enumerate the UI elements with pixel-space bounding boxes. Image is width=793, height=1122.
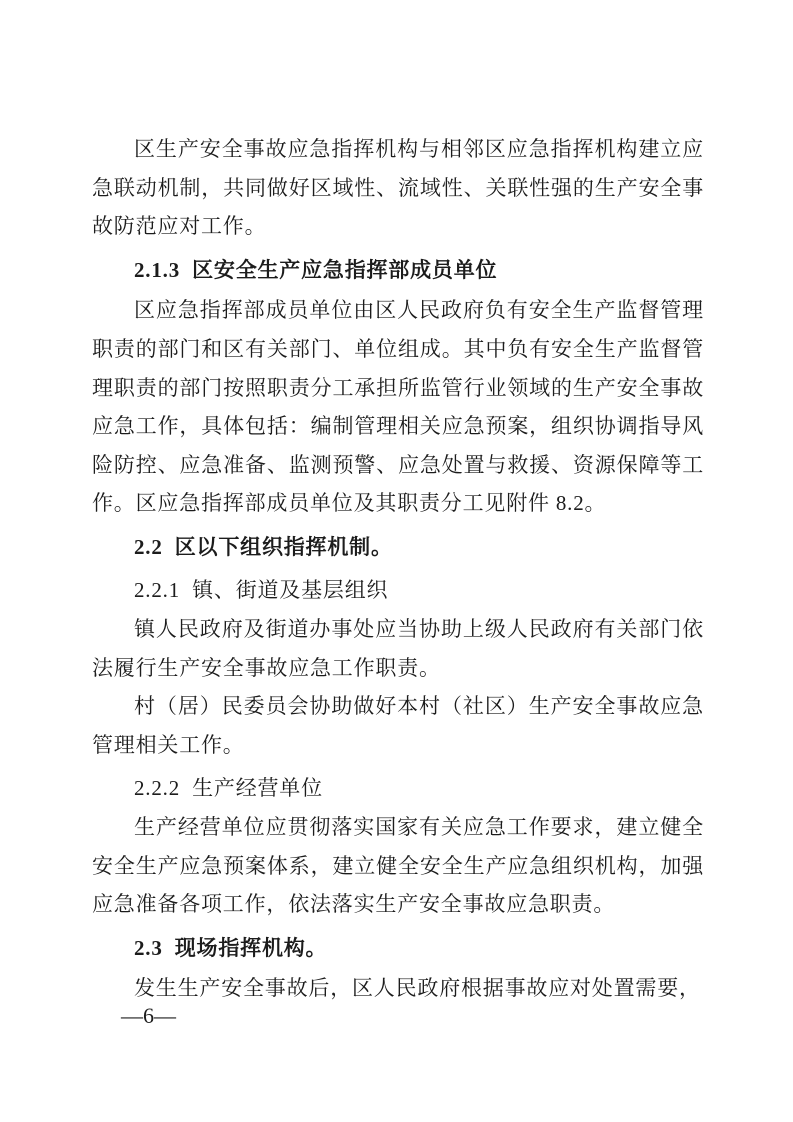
section-heading: 2.2.2 生产经营单位 — [92, 769, 704, 808]
section-heading: 2.3 现场指挥机构。 — [92, 929, 704, 968]
document-page: 区生产安全事故应急指挥机构与相邻区应急指挥机构建立应急联动机制，共同做好区域性、… — [0, 0, 793, 1122]
section-heading: 2.2.1 镇、街道及基层组织 — [92, 571, 704, 610]
document-body: 区生产安全事故应急指挥机构与相邻区应急指挥机构建立应急联动机制，共同做好区域性、… — [92, 130, 704, 1008]
section-heading: 2.1.3 区安全生产应急指挥部成员单位 — [92, 251, 704, 290]
body-paragraph: 区应急指挥部成员单位由区人民政府负有安全生产监督管理职责的部门和区有关部门、单位… — [92, 291, 704, 523]
section-heading: 2.2 区以下组织指挥机制。 — [92, 528, 704, 567]
body-paragraph: 发生生产安全事故后，区人民政府根据事故应对处置需要， — [92, 969, 704, 1008]
body-paragraph: 生产经营单位应贯彻落实国家有关应急工作要求，建立健全安全生产应急预案体系，建立健… — [92, 808, 704, 924]
body-paragraph: 村（居）民委员会协助做好本村（社区）生产安全事故应急管理相关工作。 — [92, 687, 704, 764]
page-number: —6— — [121, 1003, 176, 1029]
body-paragraph: 区生产安全事故应急指挥机构与相邻区应急指挥机构建立应急联动机制，共同做好区域性、… — [92, 130, 704, 246]
body-paragraph: 镇人民政府及街道办事处应当协助上级人民政府有关部门依法履行生产安全事故应急工作职… — [92, 610, 704, 687]
